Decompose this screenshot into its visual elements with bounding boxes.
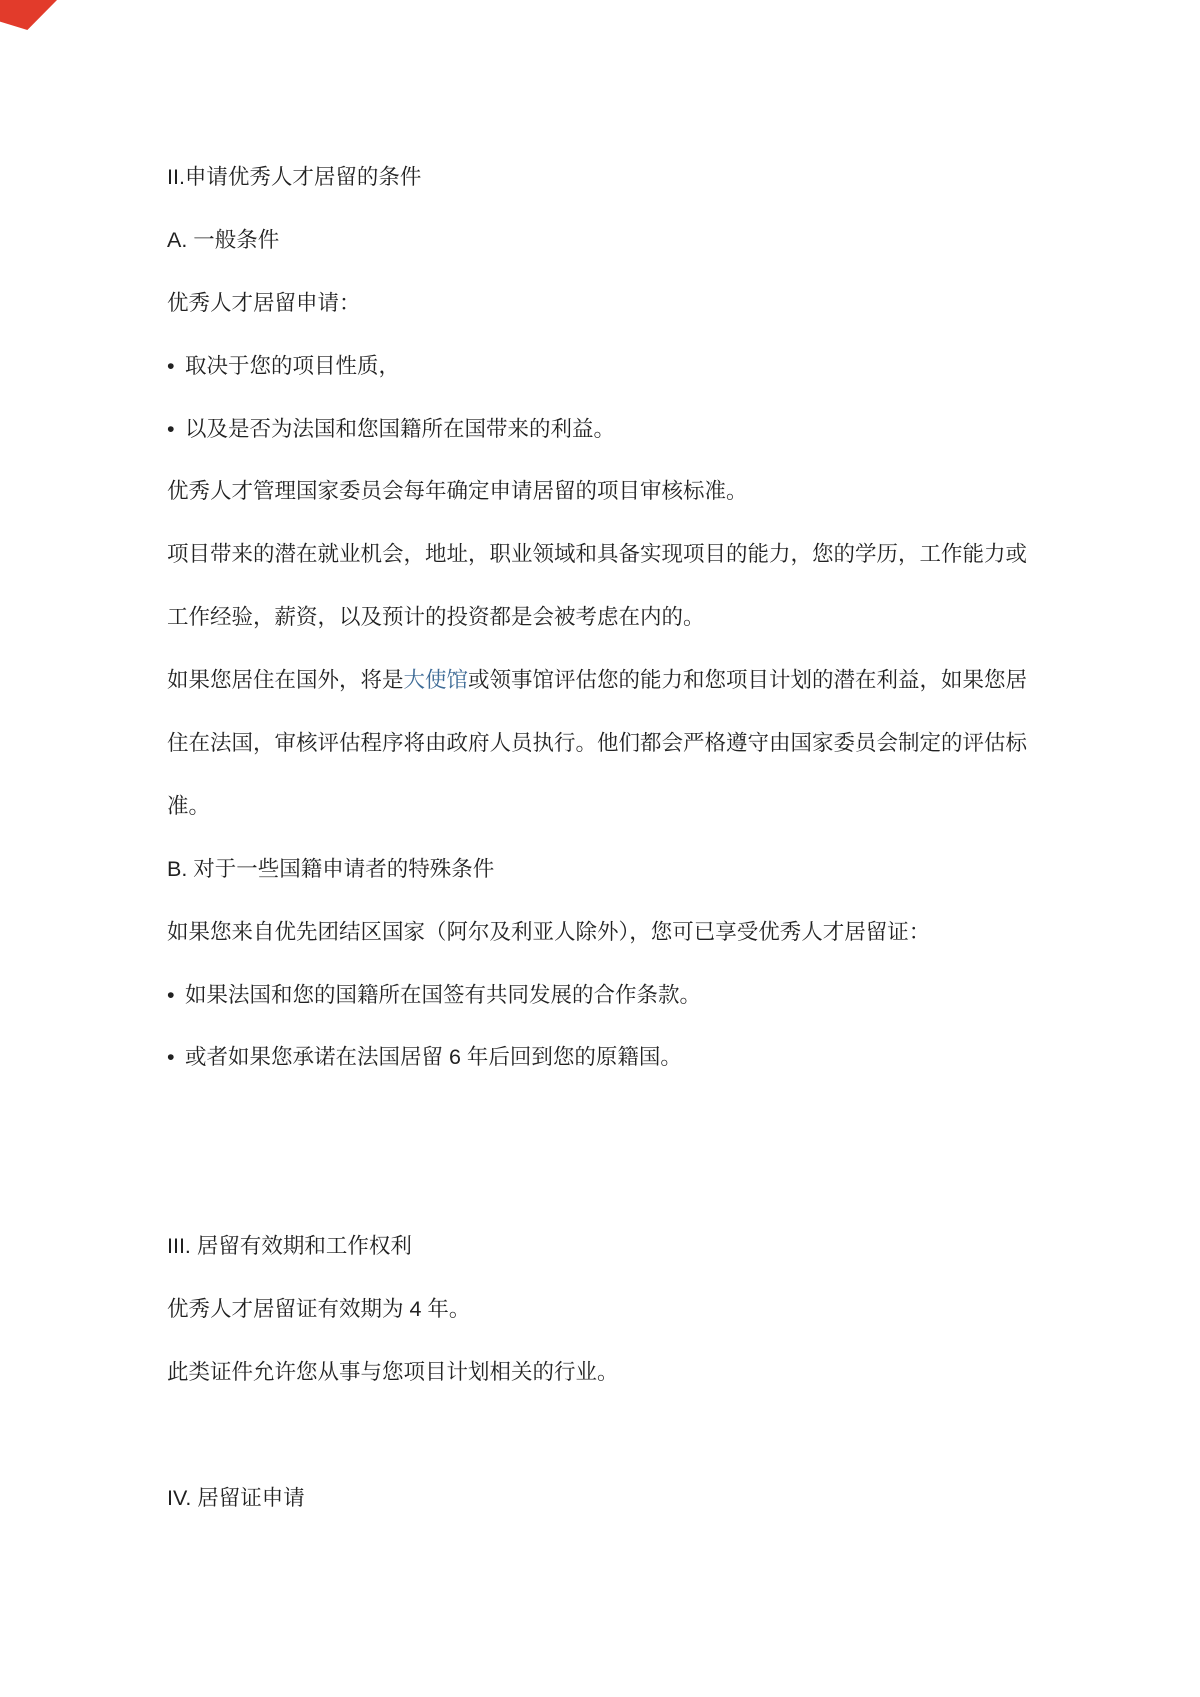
section-ii-heading: II.申请优秀人才居留的条件 <box>167 146 1027 209</box>
paragraph-evaluation-line1: 如果您居住在国外，将是大使馆或领事馆评估您的能力和您项目计划的潜在利益，如果您居 <box>167 649 1027 712</box>
subsection-b-heading: B. 对于一些国籍申请者的特殊条件 <box>167 838 1027 901</box>
section-iv-heading: IV. 居留证申请 <box>167 1467 1027 1530</box>
document-body: II.申请优秀人才居留的条件 A. 一般条件 优秀人才居留申请： •取决于您的项… <box>167 146 1027 1530</box>
bullet-icon: • <box>167 1026 185 1089</box>
paragraph-criteria-line1: 项目带来的潜在就业机会，地址，职业领域和具备实现项目的能力，您的学历，工作能力或 <box>167 523 1027 586</box>
bullet-item: •或者如果您承诺在法国居留 6 年后回到您的原籍国。 <box>167 1026 1027 1089</box>
paragraph-committee: 优秀人才管理国家委员会每年确定申请居留的项目审核标准。 <box>167 460 1027 523</box>
blank-line <box>167 1152 1027 1215</box>
paragraph-work-right: 此类证件允许您从事与您项目计划相关的行业。 <box>167 1341 1027 1404</box>
paragraph-text: 准。 <box>167 794 210 818</box>
section-iii-heading: III. 居留有效期和工作权利 <box>167 1215 1027 1278</box>
blank-line <box>167 1089 1027 1152</box>
heading-text: B. 对于一些国籍申请者的特殊条件 <box>167 857 494 881</box>
heading-text: IV. 居留证申请 <box>167 1486 305 1510</box>
bullet-icon: • <box>167 398 185 461</box>
paragraph-evaluation-line3: 准。 <box>167 775 1027 838</box>
paragraph-criteria-line2: 工作经验，薪资，以及预计的投资都是会被考虑在内的。 <box>167 586 1027 649</box>
paragraph-validity: 优秀人才居留证有效期为 4 年。 <box>167 1278 1027 1341</box>
paragraph-text: 如果您居住在国外，将是 <box>167 668 404 692</box>
paragraph-text: 优秀人才居留申请： <box>167 291 361 315</box>
paragraph-text: 此类证件允许您从事与您项目计划相关的行业。 <box>167 1360 619 1384</box>
embassy-link[interactable]: 大使馆 <box>404 668 469 692</box>
paragraph-intro-a: 优秀人才居留申请： <box>167 272 1027 335</box>
paragraph-text: 工作经验，薪资，以及预计的投资都是会被考虑在内的。 <box>167 605 705 629</box>
paragraph-text: 项目带来的潜在就业机会，地址，职业领域和具备实现项目的能力，您的学历，工作能力或 <box>167 542 1027 566</box>
red-corner-mark <box>0 0 57 30</box>
bullet-item: •取决于您的项目性质， <box>167 335 1027 398</box>
paragraph-text: 优秀人才管理国家委员会每年确定申请居留的项目审核标准。 <box>167 479 748 503</box>
heading-text: III. 居留有效期和工作权利 <box>167 1234 412 1258</box>
paragraph-text: 优秀人才居留证有效期为 4 年。 <box>167 1297 470 1321</box>
bullet-icon: • <box>167 335 185 398</box>
paragraph-text: 住在法国，审核评估程序将由政府人员执行。他们都会严格遵守由国家委员会制定的评估标 <box>167 731 1027 755</box>
bullet-text: 如果法国和您的国籍所在国签有共同发展的合作条款。 <box>185 983 701 1007</box>
bullet-text: 或者如果您承诺在法国居留 6 年后回到您的原籍国。 <box>185 1045 682 1069</box>
subsection-a-heading: A. 一般条件 <box>167 209 1027 272</box>
bullet-item: •如果法国和您的国籍所在国签有共同发展的合作条款。 <box>167 964 1027 1027</box>
heading-text: II.申请优秀人才居留的条件 <box>167 165 421 189</box>
paragraph-text: 如果您来自优先团结区国家（阿尔及利亚人除外），您可已享受优秀人才居留证： <box>167 920 930 944</box>
bullet-item: •以及是否为法国和您国籍所在国带来的利益。 <box>167 398 1027 461</box>
document-page: II.申请优秀人才居留的条件 A. 一般条件 优秀人才居留申请： •取决于您的项… <box>0 0 1200 1697</box>
bullet-icon: • <box>167 964 185 1027</box>
blank-line <box>167 1404 1027 1467</box>
bullet-text: 以及是否为法国和您国籍所在国带来的利益。 <box>185 417 615 441</box>
paragraph-evaluation-line2: 住在法国，审核评估程序将由政府人员执行。他们都会严格遵守由国家委员会制定的评估标 <box>167 712 1027 775</box>
heading-text: A. 一般条件 <box>167 228 279 252</box>
paragraph-text: 或领事馆评估您的能力和您项目计划的潜在利益，如果您居 <box>468 668 1027 692</box>
bullet-text: 取决于您的项目性质， <box>185 354 400 378</box>
paragraph-intro-b: 如果您来自优先团结区国家（阿尔及利亚人除外），您可已享受优秀人才居留证： <box>167 901 1027 964</box>
